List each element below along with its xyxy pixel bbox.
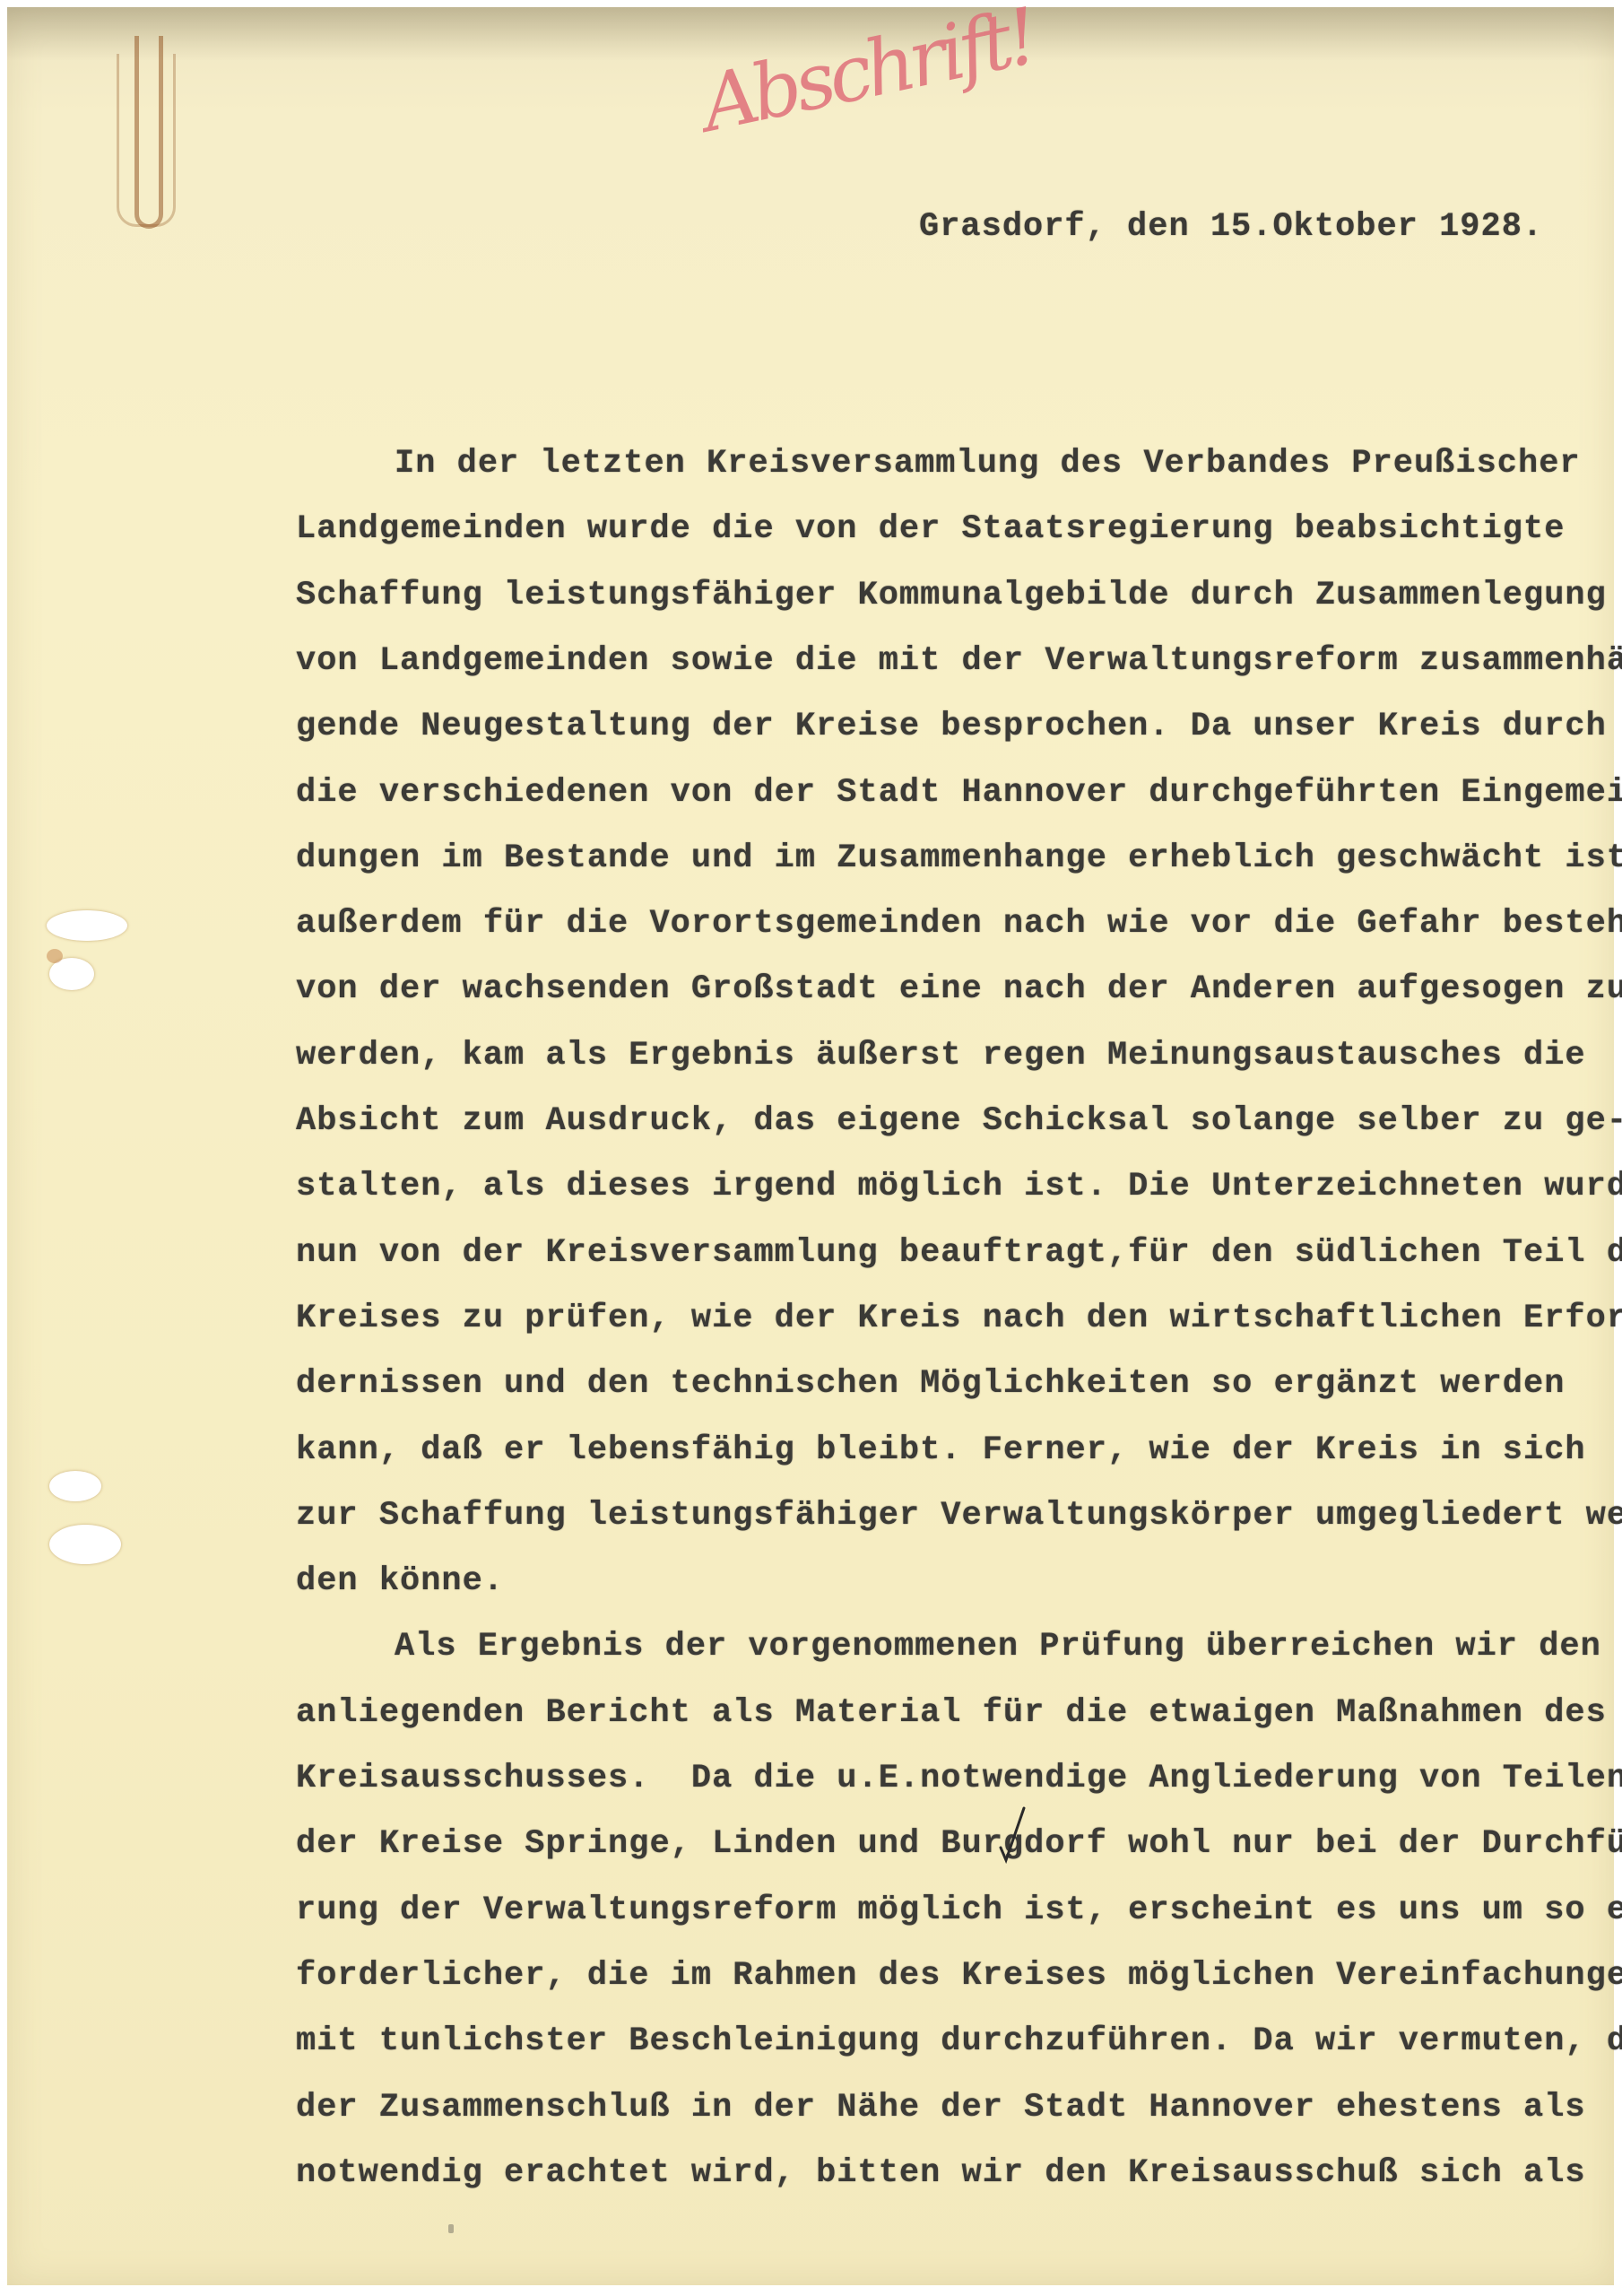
document-page: [7, 7, 1614, 2285]
text-line: gende Neugestaltung der Kreise besproche…: [296, 708, 1607, 745]
text-line: stalten, als dieses irgend möglich ist. …: [296, 1168, 1622, 1205]
paper-speck: [448, 2224, 454, 2233]
text-line: zur Schaffung leistungsfähiger Verwaltun…: [296, 1497, 1622, 1535]
text-line: Als Ergebnis der vorgenommenen Prüfung ü…: [395, 1628, 1601, 1665]
text-line: nun von der Kreisversammlung beauftragt,…: [296, 1234, 1622, 1272]
correction-mark-icon: [993, 1805, 1029, 1867]
text-line: die verschiedenen von der Stadt Hannover…: [296, 774, 1622, 812]
text-line: anliegenden Bericht als Material für die…: [296, 1694, 1607, 1732]
rust-spot: [47, 949, 63, 963]
text-line: dernissen und den technischen Möglichkei…: [296, 1365, 1565, 1403]
paperclip-stain: [117, 54, 176, 227]
text-line: Schaffung leistungsfähiger Kommunalgebil…: [296, 577, 1607, 614]
date-line: Grasdorf, den 15.Oktober 1928.: [919, 208, 1543, 246]
text-line: notwendig erachtet wird, bitten wir den …: [296, 2154, 1586, 2192]
text-line: kann, daß er lebensfähig bleibt. Ferner,…: [296, 1431, 1586, 1469]
text-line: Landgemeinden wurde die von der Staatsre…: [296, 510, 1565, 548]
punch-hole: [49, 1525, 121, 1564]
punch-hole: [47, 910, 127, 941]
text-line: außerdem für die Vorortsgemeinden nach w…: [296, 905, 1622, 943]
text-line: rung der Verwaltungsreform möglich ist, …: [296, 1892, 1622, 1929]
text-line: Absicht zum Ausdruck, das eigene Schicks…: [296, 1102, 1622, 1140]
text-line: forderlicher, die im Rahmen des Kreises …: [296, 1957, 1622, 1995]
text-line: der Zusammenschluß in der Nähe der Stadt…: [296, 2089, 1586, 2126]
text-line: der Kreise Springe, Linden und Burgdorf …: [296, 1825, 1622, 1863]
text-line: dungen im Bestande und im Zusammenhange …: [296, 839, 1622, 877]
punch-hole: [49, 1471, 101, 1501]
text-line: von Landgemeinden sowie die mit der Verw…: [296, 642, 1622, 680]
text-line: den könne.: [296, 1562, 504, 1600]
text-line: Kreisausschusses. Da die u.E.notwendige …: [296, 1760, 1622, 1797]
text-line: werden, kam als Ergebnis äußerst regen M…: [296, 1037, 1586, 1074]
text-line: von der wachsenden Großstadt eine nach d…: [296, 970, 1622, 1008]
text-line: Kreises zu prüfen, wie der Kreis nach de…: [296, 1300, 1622, 1337]
text-line: mit tunlichster Beschleinigung durchzufü…: [296, 2022, 1622, 2060]
text-line: In der letzten Kreisversammlung des Verb…: [395, 445, 1581, 483]
